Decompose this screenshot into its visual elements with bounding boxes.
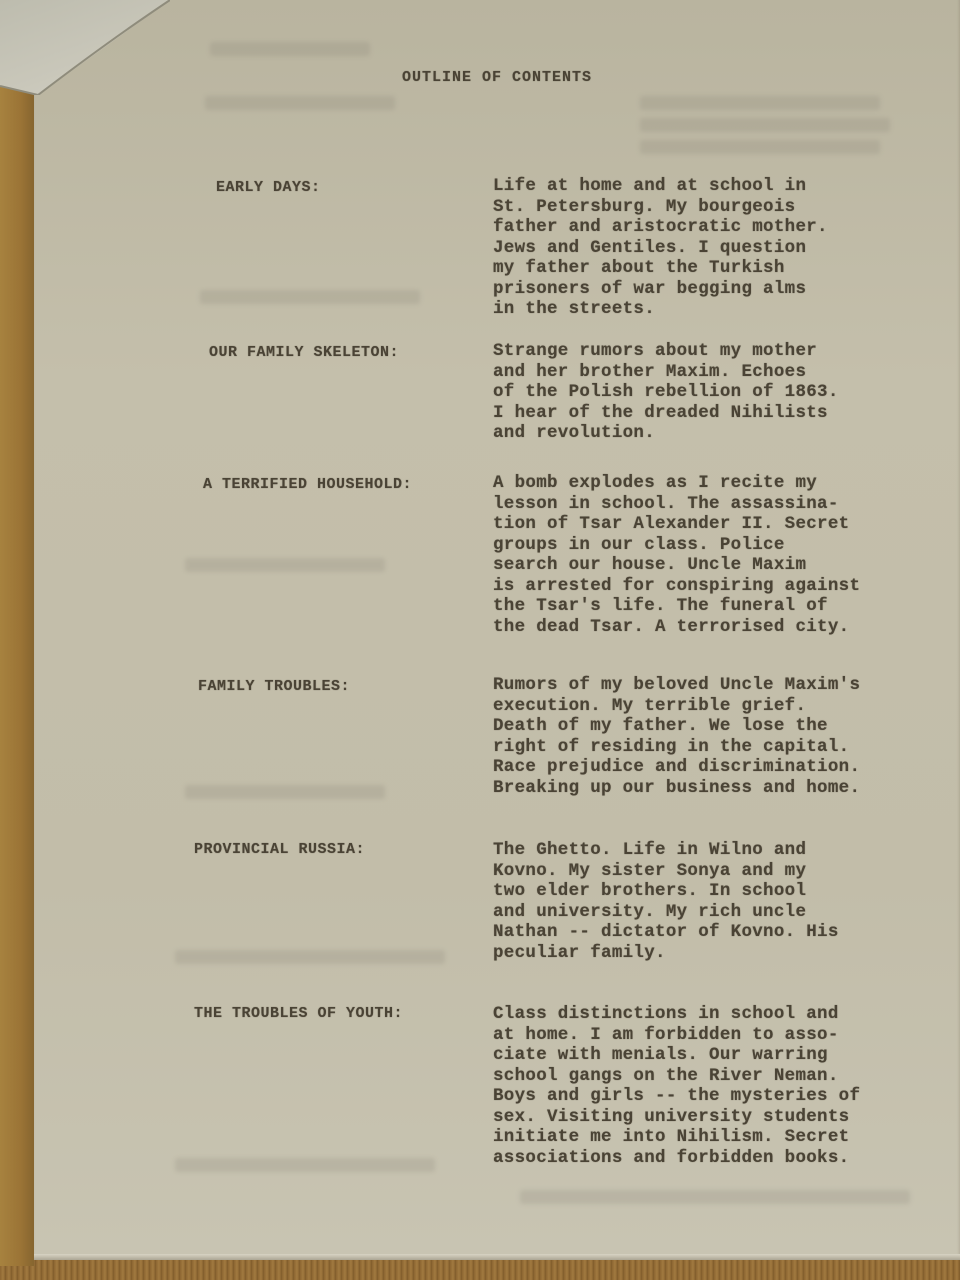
summary-line: the dead Tsar. A terrorised city. <box>493 617 933 638</box>
summary-line: and university. My rich uncle <box>493 902 933 923</box>
section-heading: OUR FAMILY SKELETON: <box>209 343 399 364</box>
summary-line: Race prejudice and discrimination. <box>493 757 933 778</box>
summary-line: school gangs on the River Neman. <box>493 1066 933 1087</box>
summary-line: Jews and Gentiles. I question <box>493 238 933 259</box>
summary-line: sex. Visiting university students <box>493 1107 933 1128</box>
summary-line: Death of my father. We lose the <box>493 716 933 737</box>
summary-line: father and aristocratic mother. <box>493 217 933 238</box>
section-heading: A TERRIFIED HOUSEHOLD: <box>203 475 412 496</box>
summary-line: Kovno. My sister Sonya and my <box>493 861 933 882</box>
section-summary: Rumors of my beloved Uncle Maxim'sexecut… <box>493 675 933 798</box>
section-summary: Class distinctions in school andat home.… <box>493 1004 933 1168</box>
summary-line: Strange rumors about my mother <box>493 341 933 362</box>
section-heading: EARLY DAYS: <box>216 178 321 199</box>
summary-line: peculiar family. <box>493 943 933 964</box>
summary-line: The Ghetto. Life in Wilno and <box>493 840 933 861</box>
summary-line: my father about the Turkish <box>493 258 933 279</box>
summary-line: associations and forbidden books. <box>493 1148 933 1169</box>
summary-line: execution. My terrible grief. <box>493 696 933 717</box>
summary-line: Nathan -- dictator of Kovno. His <box>493 922 933 943</box>
summary-line: in the streets. <box>493 299 933 320</box>
photo-scene: OUTLINE OF CONTENTS EARLY DAYS: Life at … <box>0 0 960 1280</box>
summary-line: Breaking up our business and home. <box>493 778 933 799</box>
section-heading: PROVINCIAL RUSSIA: <box>194 840 365 861</box>
section-summary: Life at home and at school inSt. Petersb… <box>493 176 933 320</box>
summary-line: St. Petersburg. My bourgeois <box>493 197 933 218</box>
summary-line: I hear of the dreaded Nihilists <box>493 403 933 424</box>
summary-line: the Tsar's life. The funeral of <box>493 596 933 617</box>
summary-line: of the Polish rebellion of 1863. <box>493 382 933 403</box>
summary-line: groups in our class. Police <box>493 535 933 556</box>
summary-line: and her brother Maxim. Echoes <box>493 362 933 383</box>
summary-line: Rumors of my beloved Uncle Maxim's <box>493 675 933 696</box>
section-heading: FAMILY TROUBLES: <box>198 677 350 698</box>
summary-line: prisoners of war begging alms <box>493 279 933 300</box>
section-summary: Strange rumors about my motherand her br… <box>493 341 933 444</box>
summary-line: is arrested for conspiring against <box>493 576 933 597</box>
summary-line: two elder brothers. In school <box>493 881 933 902</box>
section-summary: A bomb explodes as I recite mylesson in … <box>493 473 933 637</box>
summary-line: Class distinctions in school and <box>493 1004 933 1025</box>
summary-line: Boys and girls -- the mysteries of <box>493 1086 933 1107</box>
summary-line: initiate me into Nihilism. Secret <box>493 1127 933 1148</box>
summary-line: and revolution. <box>493 423 933 444</box>
summary-line: Life at home and at school in <box>493 176 933 197</box>
summary-line: right of residing in the capital. <box>493 737 933 758</box>
document-title: OUTLINE OF CONTENTS <box>402 68 592 89</box>
summary-line: search our house. Uncle Maxim <box>493 555 933 576</box>
summary-line: at home. I am forbidden to asso- <box>493 1025 933 1046</box>
summary-line: A bomb explodes as I recite my <box>493 473 933 494</box>
section-heading: THE TROUBLES OF YOUTH: <box>194 1004 403 1025</box>
wood-edge-bottom <box>0 1260 960 1280</box>
section-summary: The Ghetto. Life in Wilno andKovno. My s… <box>493 840 933 963</box>
summary-line: ciate with menials. Our warring <box>493 1045 933 1066</box>
summary-line: lesson in school. The assassina- <box>493 494 933 515</box>
wood-edge-left <box>0 86 34 1266</box>
summary-line: tion of Tsar Alexander II. Secret <box>493 514 933 535</box>
